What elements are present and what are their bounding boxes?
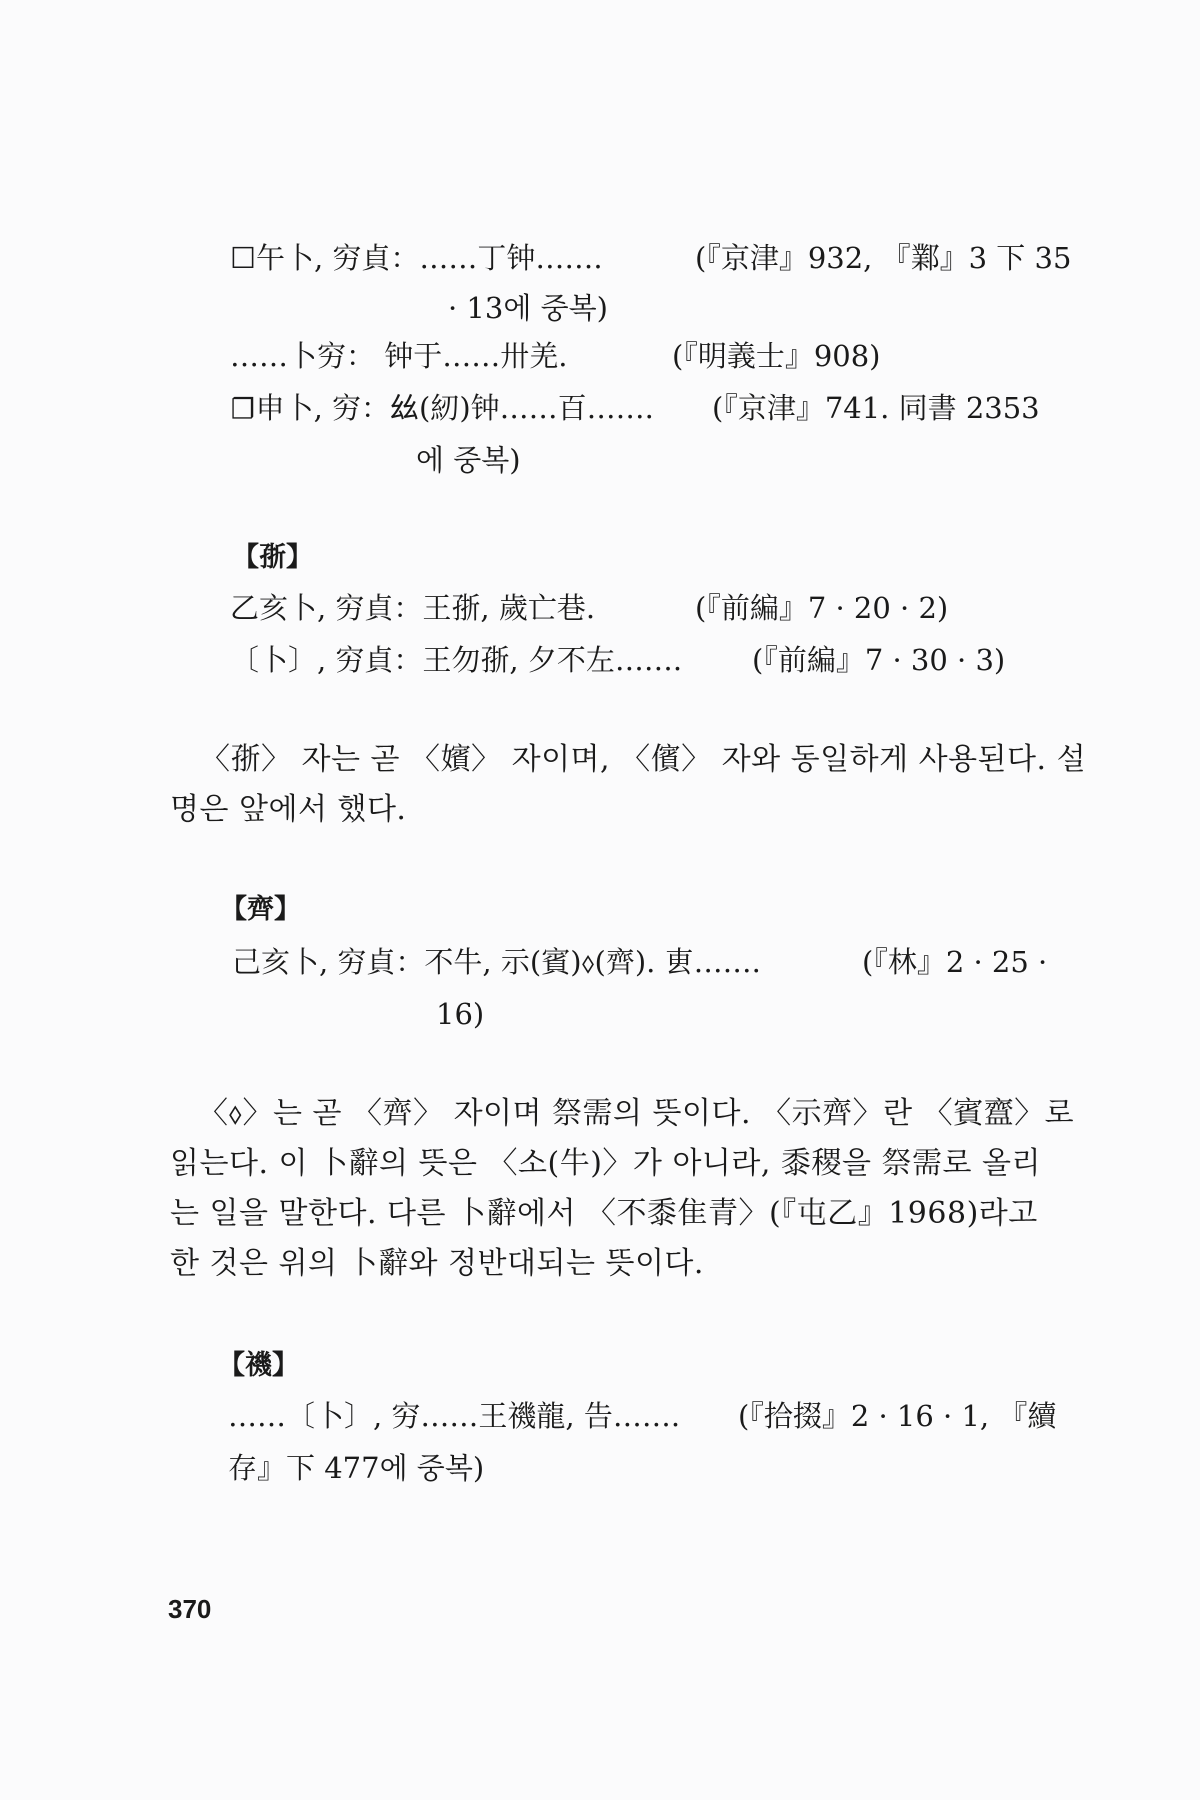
source-citation: (『林』2 · 25 ·: [862, 942, 1047, 982]
source-citation-continued: 存』下 477에 중복): [228, 1448, 484, 1488]
inscription-entry: ……〔卜〕, 穷……王禨龍, 告…….: [228, 1396, 680, 1436]
source-citation: (『前編』7 · 30 · 3): [752, 640, 1005, 680]
commentary-line: 〈⬨〉는 곧 〈齊〉 자이며 祭需의 뜻이다. 〈示齊〉란 〈賓齍〉로: [198, 1094, 1074, 1134]
section-heading: 【㝂】: [232, 538, 313, 578]
commentary-line: 는 일을 말한다. 다른 卜辭에서 〈不黍隹青〉(『屯乙』1968)라고: [170, 1194, 1038, 1234]
commentary-line: 읽는다. 이 卜辭의 뜻은 〈소(牛)〉가 아니라, 黍稷을 祭需로 올리: [170, 1144, 1041, 1184]
section-heading: 【齊】: [220, 890, 301, 930]
source-citation: (『京津』932, 『鄴』3 下 35: [695, 238, 1071, 278]
source-citation: (『明義士』908): [672, 336, 880, 376]
commentary-line: 명은 앞에서 했다.: [170, 790, 406, 830]
source-citation: (『拾掇』2 · 16 · 1, 『續: [738, 1396, 1056, 1436]
book-page: ☐午卜, 穷貞：……丁钟……. (『京津』932, 『鄴』3 下 35 · 13…: [0, 0, 1200, 1800]
section-heading: 【禨】: [218, 1346, 299, 1386]
source-citation: (『前編』7 · 20 · 2): [695, 588, 948, 628]
commentary-line: 한 것은 위의 卜辭와 정반대되는 뜻이다.: [170, 1244, 704, 1284]
source-citation-continued: 에 중복): [416, 440, 521, 480]
inscription-entry: ☐申卜, 穷：𢆶(紉)钟……百…….: [230, 388, 654, 428]
inscription-entry: ……卜穷： 钟于……卅羌.: [230, 336, 567, 376]
source-citation-continued: · 13에 중복): [448, 288, 608, 328]
source-citation: (『京津』741. 同書 2353: [712, 388, 1040, 428]
commentary-line: 〈㝂〉 자는 곧 〈嬪〉 자이며, 〈儐〉 자와 동일하게 사용된다. 설: [200, 740, 1086, 780]
source-citation-continued: 16): [436, 994, 484, 1034]
inscription-entry: 己亥卜, 穷貞：不牛, 示(賓)⬨(齊). 叀…….: [232, 942, 761, 982]
inscription-entry: 〔卜〕, 穷貞：王勿㝂, 夕不左…….: [230, 640, 682, 680]
inscription-entry: ☐午卜, 穷貞：……丁钟…….: [230, 238, 603, 278]
inscription-entry: 乙亥卜, 穷貞：王㝂, 歲亡巷.: [230, 588, 595, 628]
page-number: 370: [168, 1594, 211, 1624]
